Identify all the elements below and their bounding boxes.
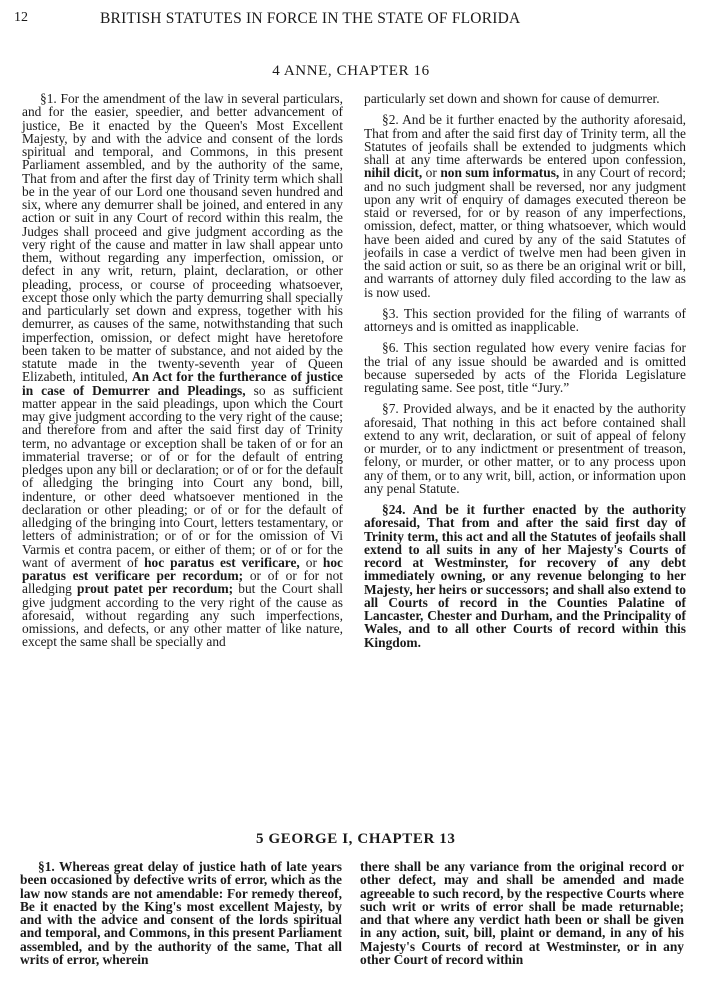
section-1-continuation: particularly set down and shown for caus…	[364, 92, 686, 105]
left-column-chapter2: §1. Whereas great delay of justice hath …	[20, 860, 342, 974]
page-number: 12	[14, 10, 28, 26]
section-24-paragraph: §24. And be it further enacted by the au…	[364, 503, 686, 649]
section-1-continuation: there shall be any variance from the ori…	[360, 860, 684, 966]
section-text: so as sufficient matter appear in the sa…	[22, 383, 343, 570]
section-7-paragraph: §7. Provided always, and be it enacted b…	[364, 402, 686, 495]
section-1-paragraph: §1. For the amendment of the law in seve…	[22, 92, 343, 649]
right-column-chapter2: there shall be any variance from the ori…	[360, 860, 684, 974]
section-3-paragraph: §3. This section provided for the filing…	[364, 307, 686, 334]
chapter-heading-5-george-13: 5 GEORGE I, CHAPTER 13	[256, 831, 455, 848]
right-column-chapter1: particularly set down and shown for caus…	[364, 92, 686, 657]
section-6-paragraph: §6. This section regulated how every ven…	[364, 341, 686, 394]
left-column-chapter1: §1. For the amendment of the law in seve…	[22, 92, 343, 657]
section-1-paragraph: §1. Whereas great delay of justice hath …	[20, 860, 342, 966]
section-text: §1. For the amendment of the law in seve…	[22, 91, 343, 384]
section-2-paragraph: §2. And be it further enacted by the aut…	[364, 113, 686, 299]
chapter-heading-4-anne-16: 4 ANNE, CHAPTER 16	[0, 63, 702, 80]
running-head: BRITISH STATUTES IN FORCE IN THE STATE O…	[100, 10, 520, 28]
section-text: §2. And be it further enacted by the aut…	[364, 112, 686, 167]
section-text: in any Court of record; and no such judg…	[364, 165, 686, 299]
